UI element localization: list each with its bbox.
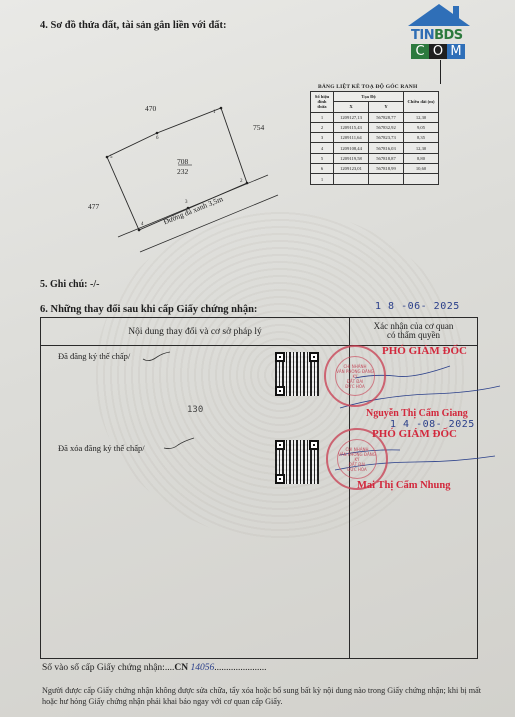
official-seal-1: CHI NHÁNHVĂN PHÒNG ĐĂNG KÝĐẤT ĐAIĐỨC HÒA — [324, 345, 386, 407]
qr-code-1[interactable] — [275, 352, 319, 396]
register-number-line: Số vào sổ cấp Giấy chứng nhận:....CN 140… — [42, 663, 266, 673]
register-dots: ...................... — [214, 663, 266, 673]
footer-warning-note: Người được cấp Giấy chứng nhận không đượ… — [42, 686, 482, 707]
register-number: 14056 — [190, 663, 214, 673]
register-prefix: CN — [174, 663, 188, 673]
signer-title-2: PHÓ GIÁM ĐỐC — [372, 428, 457, 440]
signer-name-2: Mai Thị Cẩm Nhung — [357, 480, 450, 491]
entry-mortgage-deleted: Đã xóa đăng ký thế chấp/ — [58, 443, 145, 453]
signer-title-1: PHÓ GIÁM ĐỐC — [382, 345, 467, 357]
signature-strokes — [0, 0, 515, 717]
register-label: Số vào sổ cấp Giấy chứng nhận:.... — [42, 663, 174, 673]
land-certificate-page: 4. Sơ đồ thửa đất, tài sản gắn liền với … — [0, 0, 515, 717]
qr-code-2[interactable] — [275, 440, 319, 484]
handwritten-note: 130 — [187, 405, 203, 415]
signer-name-1: Nguyễn Thị Cẩm Giang — [366, 408, 468, 419]
